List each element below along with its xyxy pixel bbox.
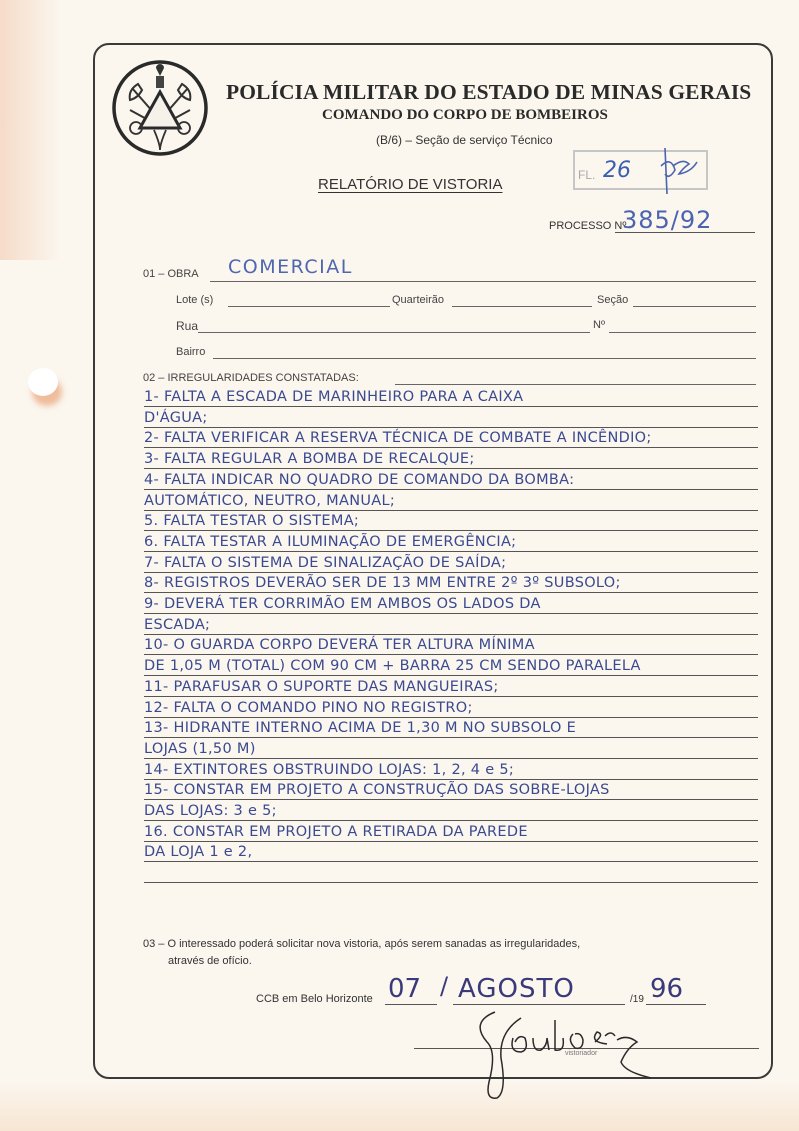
numero-field[interactable] [609,332,756,333]
irregularidade-text: 6. FALTA TESTAR A ILUMINAÇÃO DE EMERGÊNC… [144,534,516,550]
irregularidade-line[interactable]: DA LOJA 1 e 2, [144,843,758,862]
signature-scribble-icon [455,1002,735,1102]
note-block: 03 – O interessado poderá solicitar nova… [143,936,580,970]
irregularidade-line[interactable]: 5. FALTA TESTAR O SISTEMA; [144,512,758,531]
note-text-1: O interessado poderá solicitar nova vist… [167,938,580,950]
section-name: (B/6) – Seção de serviço Técnico [376,133,553,147]
bairro-label: Bairro [176,346,205,358]
irregularidade-text: 4- FALTA INDICAR NO QUADRO DE COMANDO DA… [144,472,574,488]
irregularidade-text: 13- HIDRANTE INTERNO ACIMA DE 1,30 M NO … [144,720,576,736]
irregularidade-text: ESCADA; [144,617,210,633]
irregularidade-line[interactable]: D'ÁGUA; [144,409,758,428]
irregularidade-line[interactable]: 16. CONSTAR EM PROJETO A RETIRADA DA PAR… [144,823,758,842]
irregularidade-line[interactable]: 15- CONSTAR EM PROJETO A CONSTRUÇÃO DAS … [144,781,758,800]
irregularidade-text: 11- PARAFUSAR O SUPORTE DAS MANGUEIRAS; [144,679,499,695]
irregularidade-text: 14- EXTINTORES OBSTRUINDO LOJAS: 1, 2, 4… [144,762,514,778]
irregularidade-text: 7- FALTA O SISTEMA DE SINALIZAÇÃO DE SAÍ… [144,555,506,571]
irregularidade-line[interactable]: 7- FALTA O SISTEMA DE SINALIZAÇÃO DE SAÍ… [144,554,758,573]
irregularidade-blank-line[interactable] [144,864,758,883]
process-label: PROCESSO Nº [549,220,626,232]
report-title: RELATÓRIO DE VISTORIA [318,176,502,193]
irregularidades-first-line [395,384,756,385]
date-year[interactable]: 96 [650,974,683,1004]
irregularidade-line[interactable]: LOJAS (1,50 M) [144,740,758,759]
irregularidade-text: 12- FALTA O COMANDO PINO NO REGISTRO; [144,700,473,716]
irregularidade-text: LOJAS (1,50 M) [144,741,256,757]
secao-field[interactable] [633,306,756,307]
process-number: 385/92 [622,206,712,234]
irregularidade-line[interactable]: 10- O GUARDA CORPO DEVERÁ TER ALTURA MÍN… [144,636,758,655]
irregularidade-line[interactable]: 4- FALTA INDICAR NO QUADRO DE COMANDO DA… [144,471,758,490]
irregularidade-text: 10- O GUARDA CORPO DEVERÁ TER ALTURA MÍN… [144,637,535,653]
irregularidade-line[interactable]: 13- HIDRANTE INTERNO ACIMA DE 1,30 M NO … [144,719,758,738]
irregularidade-text: 15- CONSTAR EM PROJETO A CONSTRUÇÃO DAS … [144,782,610,798]
irregularidade-line[interactable]: 12- FALTA O COMANDO PINO NO REGISTRO; [144,699,758,718]
obra-value[interactable]: COMERCIAL [228,256,353,278]
irregularidade-line[interactable]: DE 1,05 M (TOTAL) COM 90 CM + BARRA 25 C… [144,657,758,676]
irregularidade-text: DAS LOJAS: 3 e 5; [144,803,277,819]
paper-stain [0,0,60,260]
irregularidade-text: 8- REGISTROS DEVERÃO SER DE 13 MM ENTRE … [144,575,621,591]
irregularidade-text: 2- FALTA VERIFICAR A RESERVA TÉCNICA DE … [144,430,652,446]
irregularidade-line[interactable]: 9- DEVERÁ TER CORRIMÃO EM AMBOS OS LADOS… [144,595,758,614]
irregularidade-line[interactable]: 2- FALTA VERIFICAR A RESERVA TÉCNICA DE … [144,429,758,448]
irregularidade-text: DA LOJA 1 e 2, [144,844,252,860]
obra-label: 01 – OBRA [143,268,199,280]
irregularidade-line[interactable]: 6. FALTA TESTAR A ILUMINAÇÃO DE EMERGÊNC… [144,533,758,552]
paper-hole-stain [28,368,58,396]
irregularidades-label: 02 – IRREGULARIDADES CONSTATADAS: [143,372,359,384]
irregularidade-text: 16. CONSTAR EM PROJETO A RETIRADA DA PAR… [144,824,528,840]
secao-label: Seção [597,294,628,306]
lote-label: Lote (s) [176,294,213,306]
irregularidade-line[interactable]: 11- PARAFUSAR O SUPORTE DAS MANGUEIRAS; [144,678,758,697]
irregularidade-text: 5. FALTA TESTAR O SISTEMA; [144,513,359,529]
irregularidade-line[interactable]: 1- FALTA A ESCADA DE MARINHEIRO PARA A C… [144,388,758,407]
irregularidade-line[interactable]: 3- FALTA REGULAR A BOMBA DE RECALQUE; [144,450,758,469]
stamp-page-number: 26 [603,158,631,183]
date-day[interactable]: 07 [388,974,421,1004]
date-separator: / [440,972,448,1000]
irregularidade-text: 1- FALTA A ESCADA DE MARINHEIRO PARA A C… [144,389,523,405]
quarteirao-field[interactable] [452,306,592,307]
place-label: CCB em Belo Horizonte [256,993,373,1005]
stamp-initials-icon [655,146,705,196]
irregularidade-line[interactable]: 8- REGISTROS DEVERÃO SER DE 13 MM ENTRE … [144,574,758,593]
irregularidade-text: 3- FALTA REGULAR A BOMBA DE RECALQUE; [144,451,475,467]
fire-brigade-emblem-icon [110,58,210,158]
irregularidade-line[interactable]: 14- EXTINTORES OBSTRUINDO LOJAS: 1, 2, 4… [144,761,758,780]
irregularidade-text: AUTOMÁTICO, NEUTRO, MANUAL; [144,493,395,509]
lote-field[interactable] [228,306,390,307]
note-text-2: através de ofício. [143,953,580,970]
irregularidade-line[interactable]: DAS LOJAS: 3 e 5; [144,802,758,821]
irregularidade-text: D'ÁGUA; [144,410,208,426]
command-name: COMANDO DO CORPO DE BOMBEIROS [322,107,608,124]
stamp-label: FL. [578,168,595,182]
date-month[interactable]: AGOSTO [458,974,575,1004]
quarteirao-label: Quarteirão [392,294,444,306]
organization-name: POLÍCIA MILITAR DO ESTADO DE MINAS GERAI… [226,80,751,105]
irregularidade-text: 9- DEVERÁ TER CORRIMÃO EM AMBOS OS LADOS… [144,596,541,612]
rua-field[interactable] [198,332,590,333]
irregularidade-line[interactable]: ESCADA; [144,616,758,635]
irregularidade-line[interactable]: AUTOMÁTICO, NEUTRO, MANUAL; [144,492,758,511]
rua-label: Rua [176,319,198,333]
day-line [385,1004,437,1005]
irregularidade-text: DE 1,05 M (TOTAL) COM 90 CM + BARRA 25 C… [144,658,641,674]
note-number: 03 – [143,938,164,950]
obra-field-line [210,281,756,282]
bairro-field[interactable] [213,358,756,359]
numero-label: Nº [593,319,605,331]
